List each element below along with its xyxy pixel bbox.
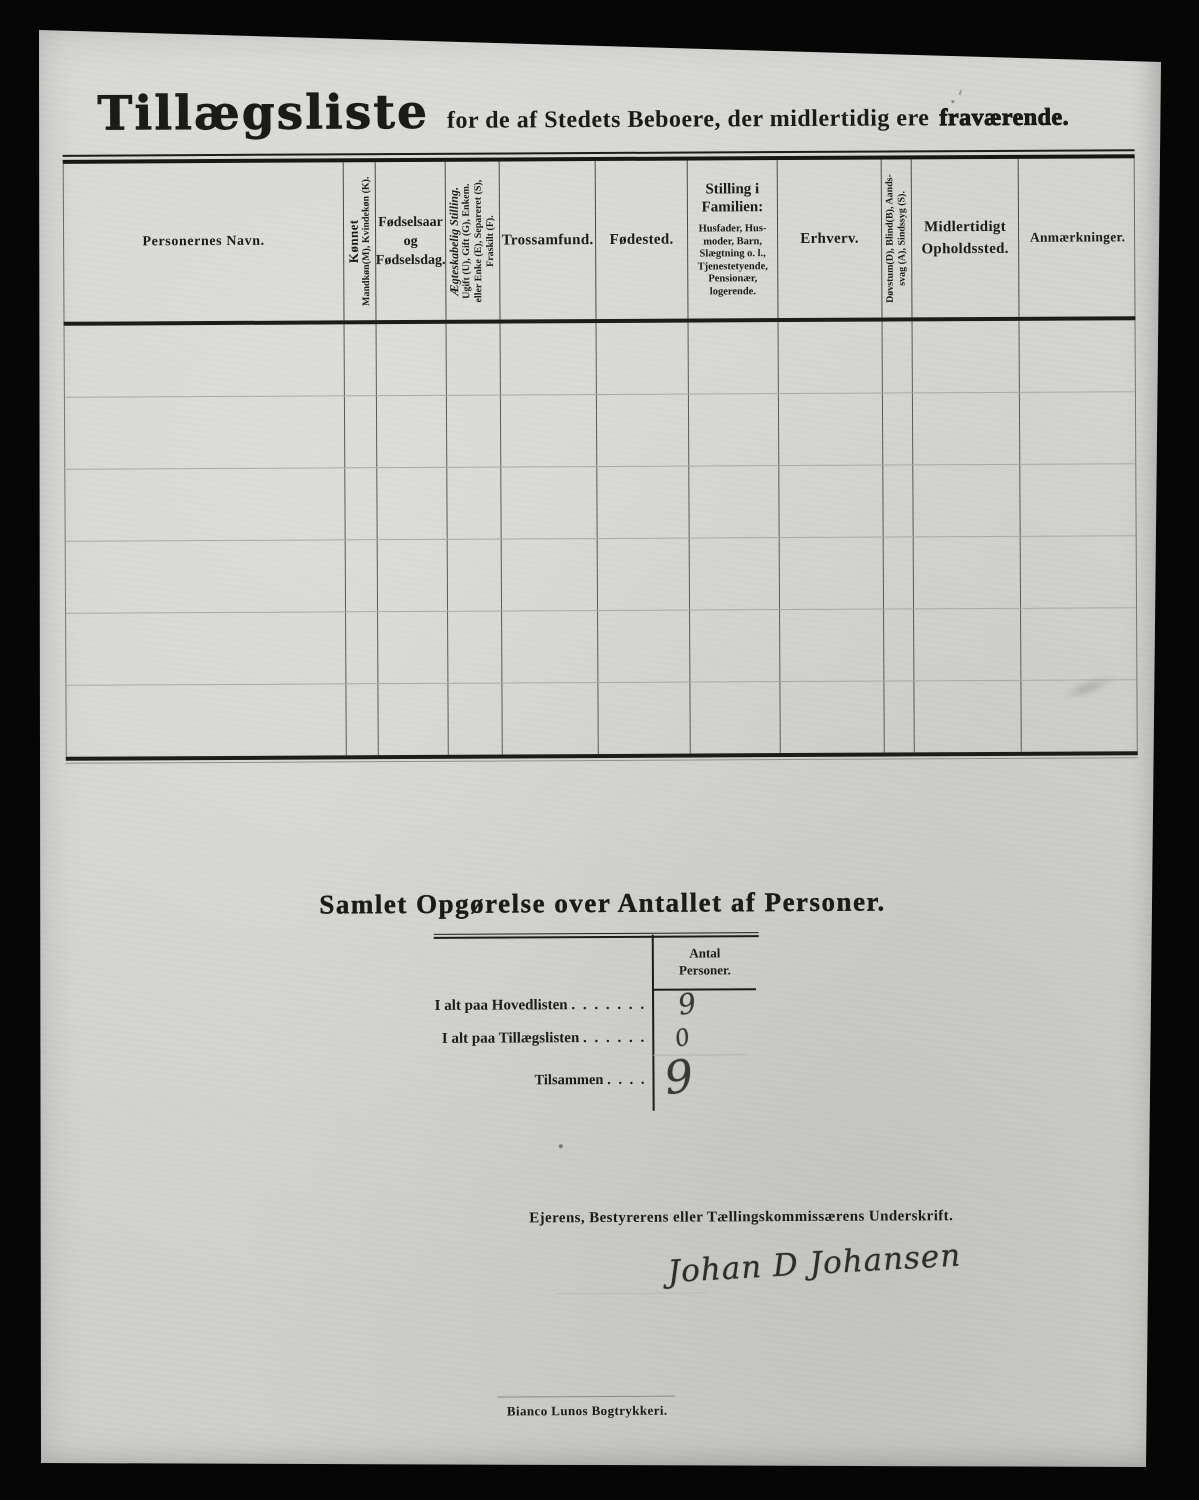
table-blank-cell: [378, 612, 448, 683]
vertical-text-disabilities: Døvstum(D), Blind(B), Aands- svag (A), S…: [884, 174, 909, 303]
table-blank-cell: [690, 682, 780, 753]
printer-rule: [497, 1396, 675, 1398]
table-blank-cell: [66, 612, 346, 684]
summary-top-rule: [434, 932, 759, 939]
table-blank-cell: [1021, 536, 1138, 608]
col-header-temporary-residence: Midlertidigt Opholdssted.: [912, 159, 1020, 318]
table-blank-cell: [345, 468, 377, 539]
table-blank-cell: [377, 468, 447, 539]
table-blank-cell: [448, 684, 502, 755]
table-blank-cell: [501, 395, 597, 467]
table-blank-cell: [447, 324, 501, 395]
summary-header-rule: [652, 988, 756, 991]
table-blank-cell: [914, 681, 1021, 753]
dot-leader: . . . . . . .: [571, 997, 646, 1013]
table-blank-cell: [884, 681, 914, 752]
summary-table: Antal Personer. I alt paa Hovedlisten . …: [432, 932, 768, 1149]
table-blank-cell: [377, 396, 447, 467]
signature-line: [557, 1292, 709, 1294]
table-blank-cell: [448, 612, 502, 683]
col-header-remarks: Anmærkninger.: [1019, 158, 1137, 317]
scan-speck: [951, 100, 954, 103]
summary-row-supplement-label: I alt paa Tillægslisten . . . . . .: [432, 1030, 646, 1048]
table-blank-cell: [779, 466, 883, 538]
table-blank-cell: [914, 609, 1021, 681]
form-title: Tillægsliste: [97, 85, 429, 142]
form-subtitle-emphasis: fraværende.: [939, 105, 1069, 132]
table-blank-cell: [883, 393, 913, 464]
table-blank-cell: [65, 396, 345, 468]
table-blank-cell: [502, 539, 598, 611]
table-blank-cell: [378, 540, 448, 611]
table-blank-cell: [502, 683, 598, 755]
scanned-census-sheet: Tillægsliste for de af Stedets Beboere, …: [38, 26, 1164, 1470]
table-header-row: Personernes Navn. Kønnet Mandkøn(M), Kvi…: [63, 158, 1136, 322]
dot-leader: . . . .: [607, 1072, 646, 1088]
table-blank-cell: [346, 684, 378, 755]
table-blank-cell: [66, 540, 346, 612]
table-blank-row: [66, 536, 1136, 614]
table-blank-cell: [884, 609, 914, 680]
table-body: [64, 320, 1138, 757]
table-blank-cell: [65, 324, 345, 396]
summary-count-header: Antal Personer.: [654, 944, 756, 979]
scan-speck: [559, 1144, 563, 1148]
summary-row-mainlist-label: I alt paa Hovedlisten . . . . . . .: [432, 997, 646, 1015]
table-blank-row: [66, 680, 1136, 757]
form-title-row: Tillægsliste for de af Stedets Beboere, …: [97, 82, 1069, 142]
table-blank-cell: [913, 321, 1020, 393]
table-blank-cell: [689, 322, 779, 393]
table-blank-row: [66, 608, 1136, 686]
col-header-religion: Trossamfund.: [500, 161, 597, 320]
summary-title: Samlet Opgørelse over Antallet af Person…: [39, 885, 1165, 922]
summary-row-total-value-handwritten: 9: [661, 1049, 696, 1105]
sheet-content: Tillægsliste for de af Stedets Beboere, …: [35, 23, 1169, 1473]
table-blank-cell: [345, 396, 377, 467]
table-blank-cell: [377, 324, 447, 395]
table-blank-row: [65, 392, 1135, 470]
col-header-family-position: Stilling i Familien: Husfader, Hus- mode…: [688, 160, 779, 318]
signature-caption: Ejerens, Bestyrerens eller Tællingskommi…: [371, 1207, 1111, 1228]
handwritten-signature: Johan D Johansen: [659, 1237, 971, 1291]
table-blank-cell: [502, 611, 598, 683]
table-blank-cell: [689, 466, 779, 537]
summary-row-mainlist-value-handwritten: 9: [675, 986, 698, 1022]
table-blank-cell: [913, 393, 1020, 465]
table-blank-cell: [1020, 392, 1137, 464]
table-blank-cell: [780, 682, 884, 754]
table-blank-cell: [65, 468, 345, 540]
col-header-birthplace: Fødested.: [596, 161, 689, 319]
table-blank-cell: [914, 537, 1021, 609]
table-blank-cell: [447, 468, 501, 539]
table-blank-cell: [913, 465, 1020, 537]
table-blank-cell: [598, 539, 690, 610]
table-blank-cell: [345, 324, 377, 395]
table-blank-cell: [690, 538, 780, 609]
table-blank-cell: [598, 611, 690, 682]
printer-imprint: Bianco Lunos Bogtrykkeri.: [442, 1402, 732, 1420]
table-blank-cell: [346, 540, 378, 611]
table-blank-row: [65, 320, 1135, 398]
vertical-text-marital: Ægteskabelig Stilling. Ugift (U), Gift (…: [448, 179, 498, 302]
summary-row-total-label: Tilsammen . . . .: [432, 1072, 646, 1090]
dot-leader: . . . . . .: [583, 1030, 646, 1046]
table-blank-cell: [598, 683, 690, 754]
vertical-text-sex: Kønnet Mandkøn(M), Kvindekøn (K).: [346, 176, 373, 306]
table-blank-cell: [378, 684, 448, 755]
table-blank-cell: [1020, 320, 1137, 392]
table-blank-cell: [780, 538, 884, 610]
table-blank-cell: [597, 395, 689, 466]
table-blank-cell: [501, 323, 597, 395]
table-blank-cell: [501, 467, 597, 539]
col-header-name: Personernes Navn.: [64, 162, 345, 321]
table-blank-cell: [1021, 608, 1138, 680]
table-blank-cell: [779, 322, 883, 394]
table-blank-row: [65, 464, 1135, 542]
col-header-birthdate: Fødselsaar og Fødselsdag.: [376, 162, 447, 320]
table-blank-cell: [448, 540, 502, 611]
table-blank-cell: [883, 321, 913, 392]
table-blank-cell: [780, 610, 884, 682]
census-table: Personernes Navn. Kønnet Mandkøn(M), Kvi…: [63, 149, 1138, 764]
col-header-sex: Kønnet Mandkøn(M), Kvindekøn (K).: [344, 162, 377, 320]
table-blank-cell: [346, 612, 378, 683]
table-blank-cell: [66, 684, 346, 756]
table-blank-cell: [447, 396, 501, 467]
col-header-occupation: Erhverv.: [778, 160, 883, 319]
table-blank-cell: [883, 465, 913, 536]
table-blank-cell: [884, 537, 914, 608]
family-position-sublines: Husfader, Hus- moder, Barn, Slægtning o.…: [697, 223, 768, 298]
table-blank-cell: [779, 394, 883, 466]
form-subtitle: for de af Stedets Beboere, der midlertid…: [447, 105, 930, 134]
table-blank-cell: [690, 610, 780, 681]
table-blank-cell: [689, 394, 779, 465]
table-blank-cell: [597, 323, 689, 394]
table-blank-cell: [1020, 464, 1137, 536]
table-blank-cell: [597, 467, 689, 538]
col-header-marital-status: Ægteskabelig Stilling. Ugift (U), Gift (…: [446, 162, 501, 320]
col-header-disabilities: Døvstum(D), Blind(B), Aands- svag (A), S…: [882, 159, 913, 317]
